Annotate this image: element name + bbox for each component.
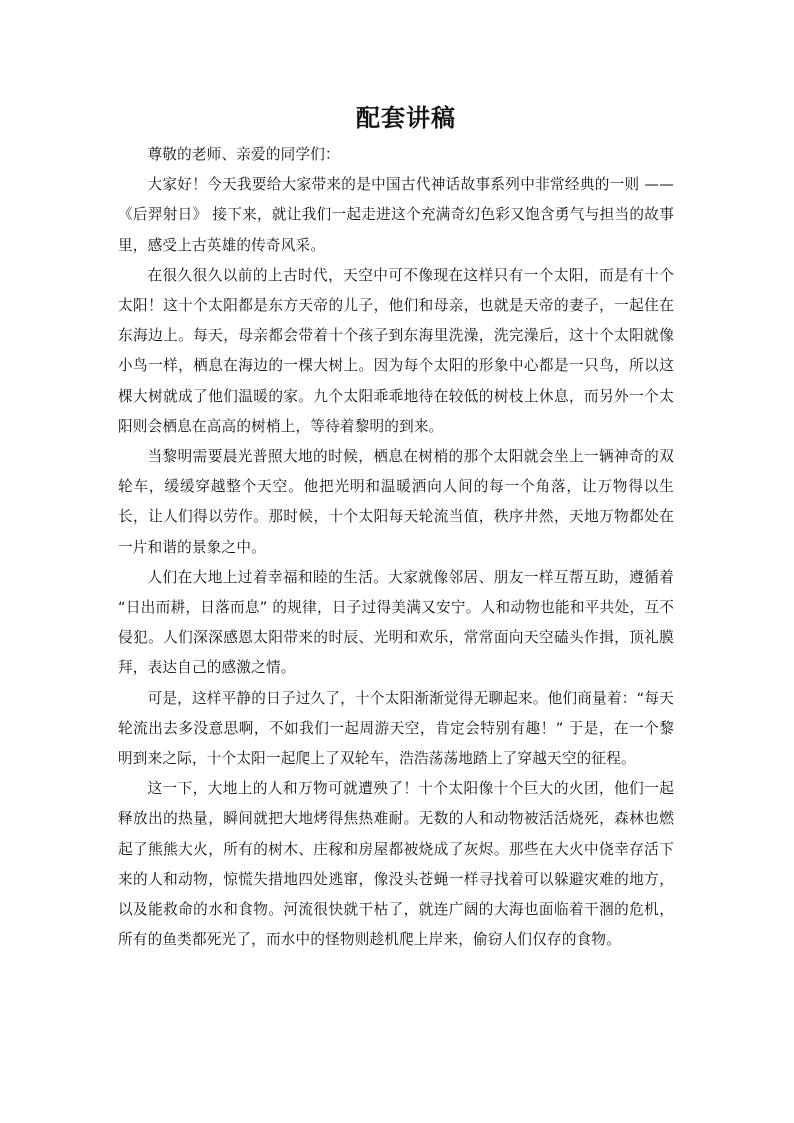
document-page: 配套讲稿 尊敬的老师、亲爱的同学们： 大家好！今天我要给大家带来的是中国古代神话…	[118, 100, 674, 955]
greeting-paragraph: 尊敬的老师、亲爱的同学们：	[118, 140, 674, 170]
document-title: 配套讲稿	[118, 100, 674, 138]
intro-paragraph: 大家好！今天我要给大家带来的是中国古代神话故事系列中非常经典的一则 ——《后羿射…	[118, 170, 674, 261]
story-paragraph-disaster: 这一下，大地上的人和万物可就遭殃了！十个太阳像十个巨大的火团，他们一起释放出的热…	[118, 774, 674, 955]
story-paragraph-ten-suns: 在很久很久以前的上古时代，天空中可不像现在这样只有一个太阳，而是有十个太阳！这十…	[118, 261, 674, 442]
story-paragraph-boredom: 可是，这样平静的日子过久了，十个太阳渐渐觉得无聊起来。他们商量着：“每天轮流出去…	[118, 684, 674, 775]
story-paragraph-harmony: 人们在大地上过着幸福和睦的生活。大家就像邻居、朋友一样互帮互助，遵循着 “日出而…	[118, 563, 674, 684]
story-paragraph-dawn: 当黎明需要晨光普照大地的时候，栖息在树梢的那个太阳就会坐上一辆神奇的双轮车，缓缓…	[118, 442, 674, 563]
